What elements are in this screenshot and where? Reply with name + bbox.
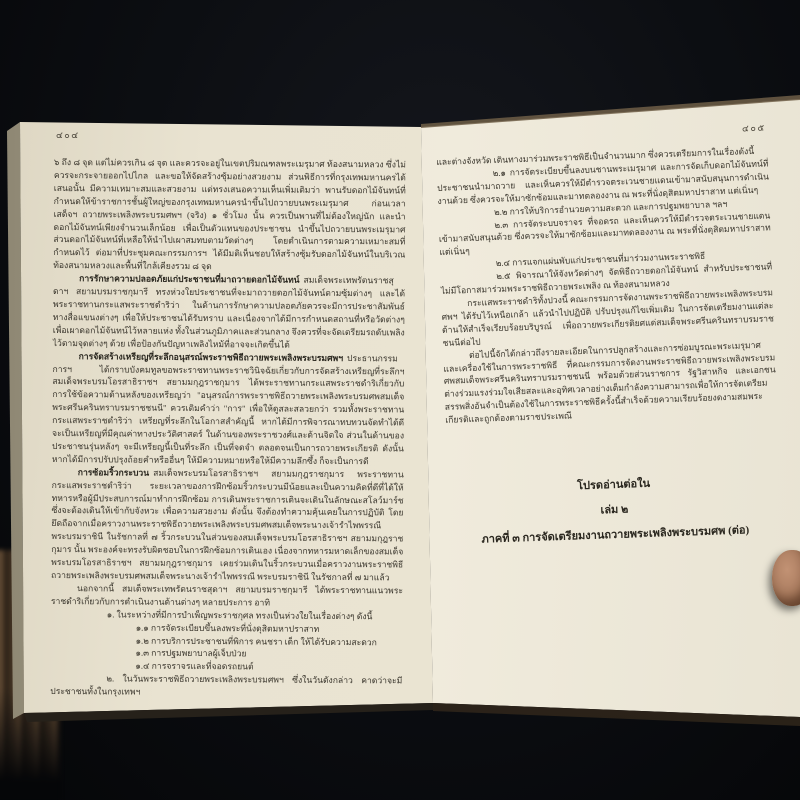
- left-page-text: ๖ ถึง ๘ จุด แต่ไม่ควรเกิน ๘ จุด และควรจะ…: [50, 156, 406, 716]
- page-number-left: ๔๐๔: [56, 128, 80, 142]
- section-body: สมเด็จพระบรมโอรสาธิราชฯ สยามมกุฎราชกุมาร…: [51, 467, 404, 582]
- page-number-right: ๔๐๕: [742, 120, 766, 135]
- paragraph: ต่อไปนี้จักได้กล่าวถึงรายละเอียดในการปลู…: [443, 338, 778, 427]
- paragraph-additional: นอกจากนี้ สมเด็จพระเทพรัตนราชสุดาฯ สยามบ…: [51, 582, 403, 610]
- continued-in-volume-note: โปรดอ่านต่อใน เล่ม ๒ ภาคที่ ๓ การจัดเตรี…: [447, 467, 781, 554]
- section-heading: การรักษาความปลอดภัยแก่ประชาชนที่มาถวายดอ…: [79, 273, 299, 285]
- scene-background: ๔๐๔ ๔๐๕ ๖ ถึง ๘ จุด แต่ไม่ควรเกิน ๘ จุด …: [0, 0, 800, 800]
- section-safety: การรักษาความปลอดภัยแก่ประชาชนที่มาถวายดอ…: [53, 272, 406, 352]
- right-page-text: และต่างจังหวัด เดินทางมาร่วมพระราชพิธีเป…: [436, 144, 787, 715]
- section-procession-rehearsal: การซ้อมริ้วกระบวนสมเด็จพระบรมโอรสาธิราชฯ…: [51, 466, 404, 585]
- section-heading: การซ้อมริ้วกระบวน: [78, 467, 149, 477]
- section-body: สมเด็จพระเทพรัตนราชสุดาฯ สยามบรมราชกุมาร…: [53, 275, 405, 349]
- section-heading: การจัดสร้างเหรียญที่ระลึกอนุสรณ์พระราชพิ…: [79, 351, 344, 363]
- section-medal: การจัดสร้างเหรียญที่ระลึกอนุสรณ์พระราชพิ…: [52, 350, 405, 469]
- list-item: ๒. ในวันพระราชพิธีถวายพระเพลิงพระบรมศพฯ …: [50, 672, 402, 700]
- paragraph-continued: ๖ ถึง ๘ จุด แต่ไม่ควรเกิน ๘ จุด และควรจะ…: [53, 156, 406, 275]
- section-body: ประธานกรรมการฯ ได้กราบบังคมทูลขอพระราชทา…: [52, 353, 405, 466]
